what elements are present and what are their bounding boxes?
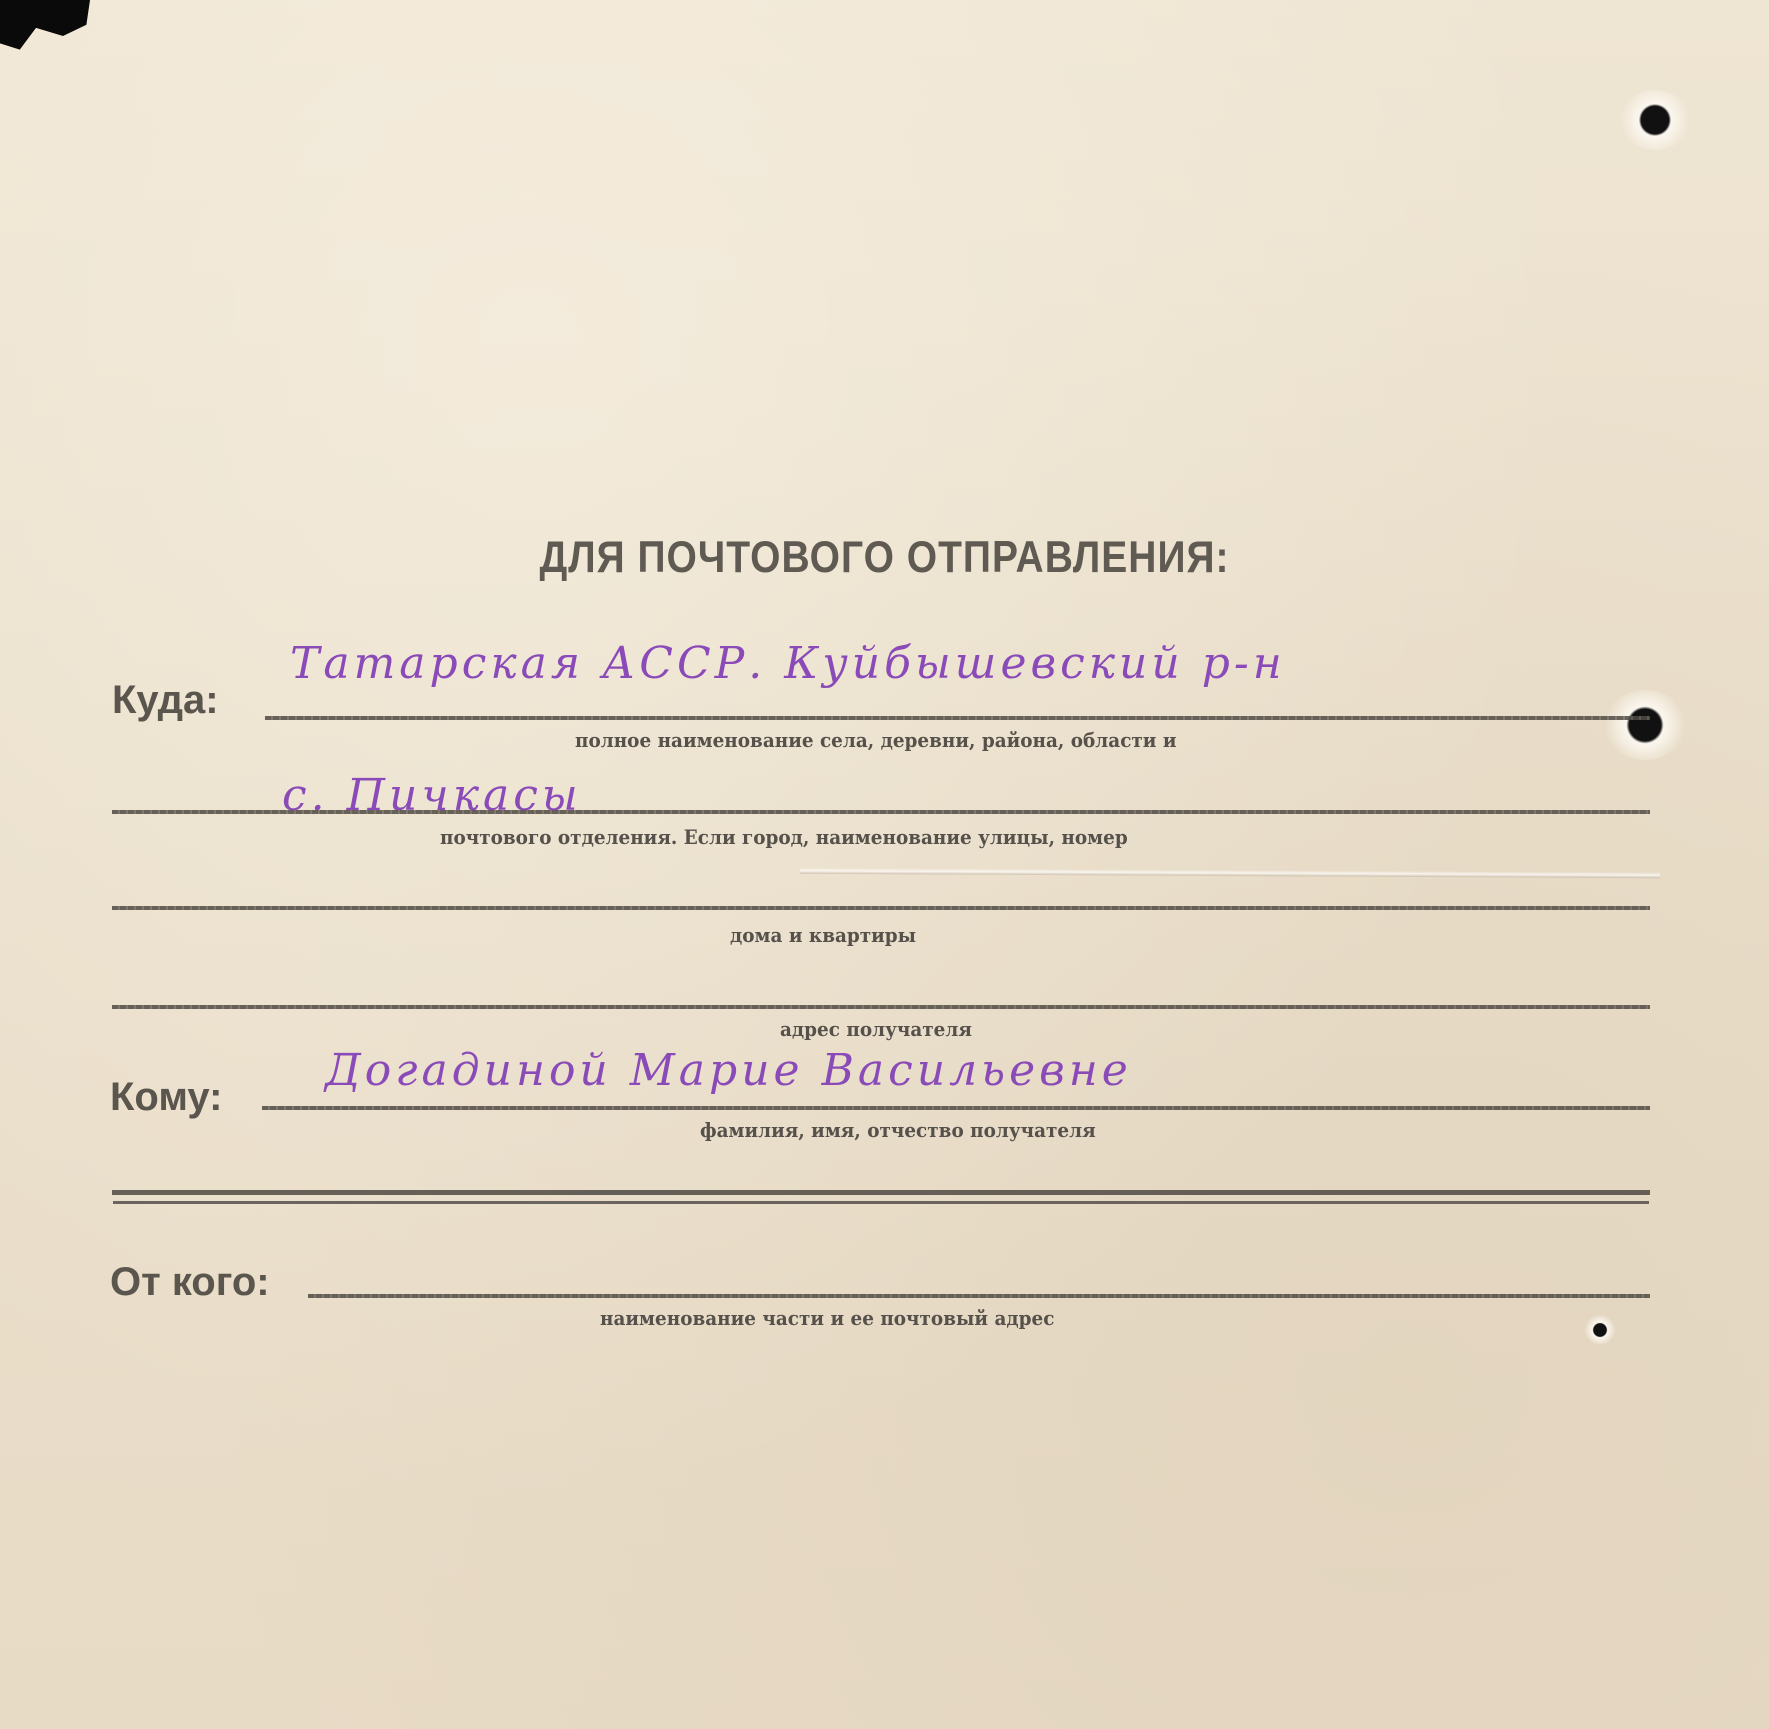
to-whom-rule xyxy=(262,1106,1650,1110)
section-divider xyxy=(112,1190,1650,1195)
to-where-line3-rule xyxy=(112,906,1650,910)
to-where-line2-rule xyxy=(112,810,1650,814)
paper-background xyxy=(0,0,1769,1729)
to-where-label: Куда: xyxy=(112,678,219,723)
to-where-line1-caption: полное наименование села, деревни, район… xyxy=(575,728,1177,752)
to-where-line3-caption: дома и квартиры xyxy=(730,923,916,947)
pin-hole xyxy=(1605,690,1685,760)
pin-hole xyxy=(1585,1315,1615,1345)
from-whom-label: От кого: xyxy=(110,1260,270,1305)
to-whom-label: Кому: xyxy=(110,1075,222,1120)
to-where-line2-caption: почтового отделения. Если город, наимено… xyxy=(440,825,1128,849)
from-whom-caption: наименование части и ее почтовый адрес xyxy=(600,1306,1054,1330)
to-whom-value[interactable]: Догадиной Марие Васильевне xyxy=(325,1045,1132,1096)
to-where-line1-value[interactable]: Татарская АССР. Куйбышевский р-н xyxy=(290,638,1286,689)
to-where-line1-rule xyxy=(265,716,1650,720)
from-whom-rule xyxy=(308,1294,1650,1298)
pin-hole xyxy=(1620,90,1690,150)
to-whom-caption: фамилия, имя, отчество получателя xyxy=(700,1118,1096,1142)
to-where-line4-caption: адрес получателя xyxy=(780,1017,972,1041)
form-heading: ДЛЯ ПОЧТОВОГО ОТПРАВЛЕНИЯ: xyxy=(0,533,1769,584)
to-where-line4-rule xyxy=(112,1005,1650,1009)
